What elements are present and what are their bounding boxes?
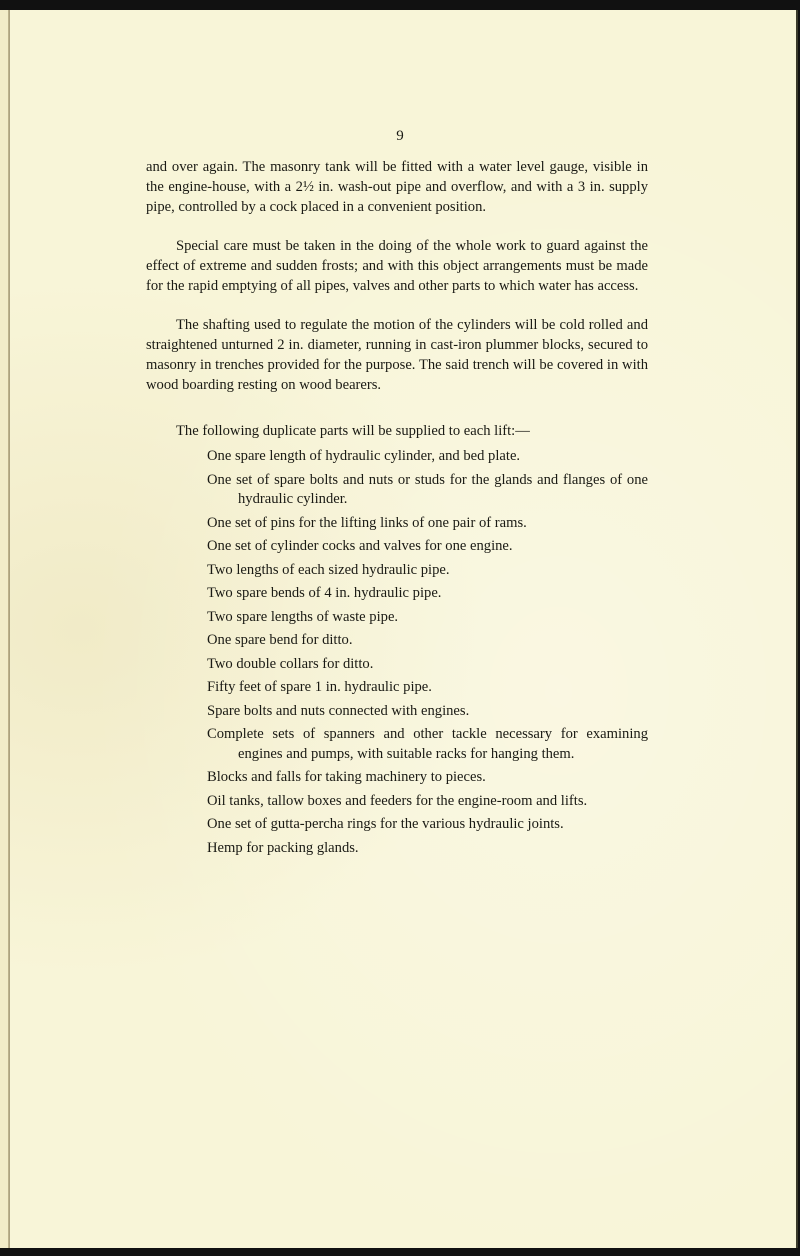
document-page: 9 and over again. The masonry tank will … [0, 10, 798, 1248]
paragraph-frost-protection: Special care must be taken in the doing … [146, 236, 648, 296]
list-item: One spare length of hydraulic cylinder, … [207, 447, 648, 467]
list-item: Oil tanks, tallow boxes and feeders for … [207, 792, 648, 812]
page-content: 9 and over again. The masonry tank will … [146, 126, 648, 862]
duplicate-parts-list: One spare length of hydraulic cylinder, … [146, 447, 648, 858]
paragraph-masonry-tank: and over again. The masonry tank will be… [146, 157, 648, 217]
list-item: One spare bend for ditto. [207, 631, 648, 651]
list-item: One set of spare bolts and nuts or studs… [207, 471, 648, 510]
list-item: One set of pins for the lifting links of… [207, 514, 648, 534]
list-item: Fifty feet of spare 1 in. hydraulic pipe… [207, 678, 648, 698]
list-item: Complete sets of spanners and other tack… [207, 725, 648, 764]
page-right-edge [796, 10, 798, 1248]
scanned-page-viewer: 9 and over again. The masonry tank will … [0, 0, 800, 1256]
list-item: Two lengths of each sized hydraulic pipe… [207, 561, 648, 581]
list-item: Two spare lengths of waste pipe. [207, 608, 648, 628]
binding-fold-line [8, 10, 10, 1248]
list-item: Two double collars for ditto. [207, 655, 648, 675]
page-number: 9 [146, 126, 648, 146]
list-item: Two spare bends of 4 in. hydraulic pipe. [207, 584, 648, 604]
duplicate-parts-intro: The following duplicate parts will be su… [146, 421, 648, 441]
binding-gutter [0, 10, 8, 1248]
list-item: One set of gutta-percha rings for the va… [207, 815, 648, 835]
list-item: One set of cylinder cocks and valves for… [207, 537, 648, 557]
paragraph-shafting: The shafting used to regulate the motion… [146, 315, 648, 395]
list-item: Spare bolts and nuts connected with engi… [207, 702, 648, 722]
list-item: Hemp for packing glands. [207, 839, 648, 859]
list-item: Blocks and falls for taking machinery to… [207, 768, 648, 788]
